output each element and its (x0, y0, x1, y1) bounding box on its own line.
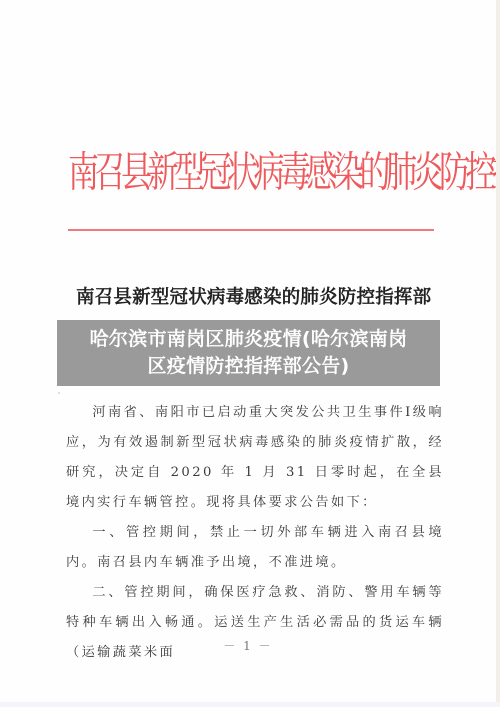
scan-artifact (58, 392, 60, 394)
document-page: 南召县新型冠状病毒感染的肺炎防控指挥部文件 南召县新型冠状病毒感染的肺炎防控指挥… (0, 0, 496, 702)
page-edge-bottom (0, 702, 500, 707)
paragraph-item-1: 一、管控期间，禁止一切外部车辆进入南召县境内。南召县内车辆准予出境，不准进境。 (66, 518, 444, 578)
overlay-title-banner: 哈尔滨市南岗区肺炎疫情(哈尔滨南岗 区疫情防控指挥部公告) (57, 320, 440, 386)
paragraph-intro: 河南省、南阳市已启动重大突发公共卫生事件Ⅰ级响应，为有效遏制新型冠状病毒感染的肺… (66, 398, 444, 518)
page-edge-right (496, 0, 500, 707)
scan-artifact (462, 188, 464, 190)
red-header-title: 南召县新型冠状病毒感染的肺炎防控指挥部文件 (68, 133, 438, 214)
document-title: 南召县新型冠状病毒感染的肺炎防控指挥部 (76, 283, 436, 309)
paragraph-item-2: 二、管控期间，确保医疗急救、消防、警用车辆等特种车辆出入畅通。运送生产生活必需品… (66, 578, 444, 668)
banner-title-line-2: 区疫情防控指挥部公告) (148, 353, 350, 380)
page-number: － 1 － (0, 637, 496, 654)
red-divider-line (68, 229, 434, 231)
banner-title-line-1: 哈尔滨市南岗区肺炎疫情(哈尔滨南岗 (90, 326, 408, 353)
document-body: 河南省、南阳市已启动重大突发公共卫生事件Ⅰ级响应，为有效遏制新型冠状病毒感染的肺… (66, 398, 444, 668)
